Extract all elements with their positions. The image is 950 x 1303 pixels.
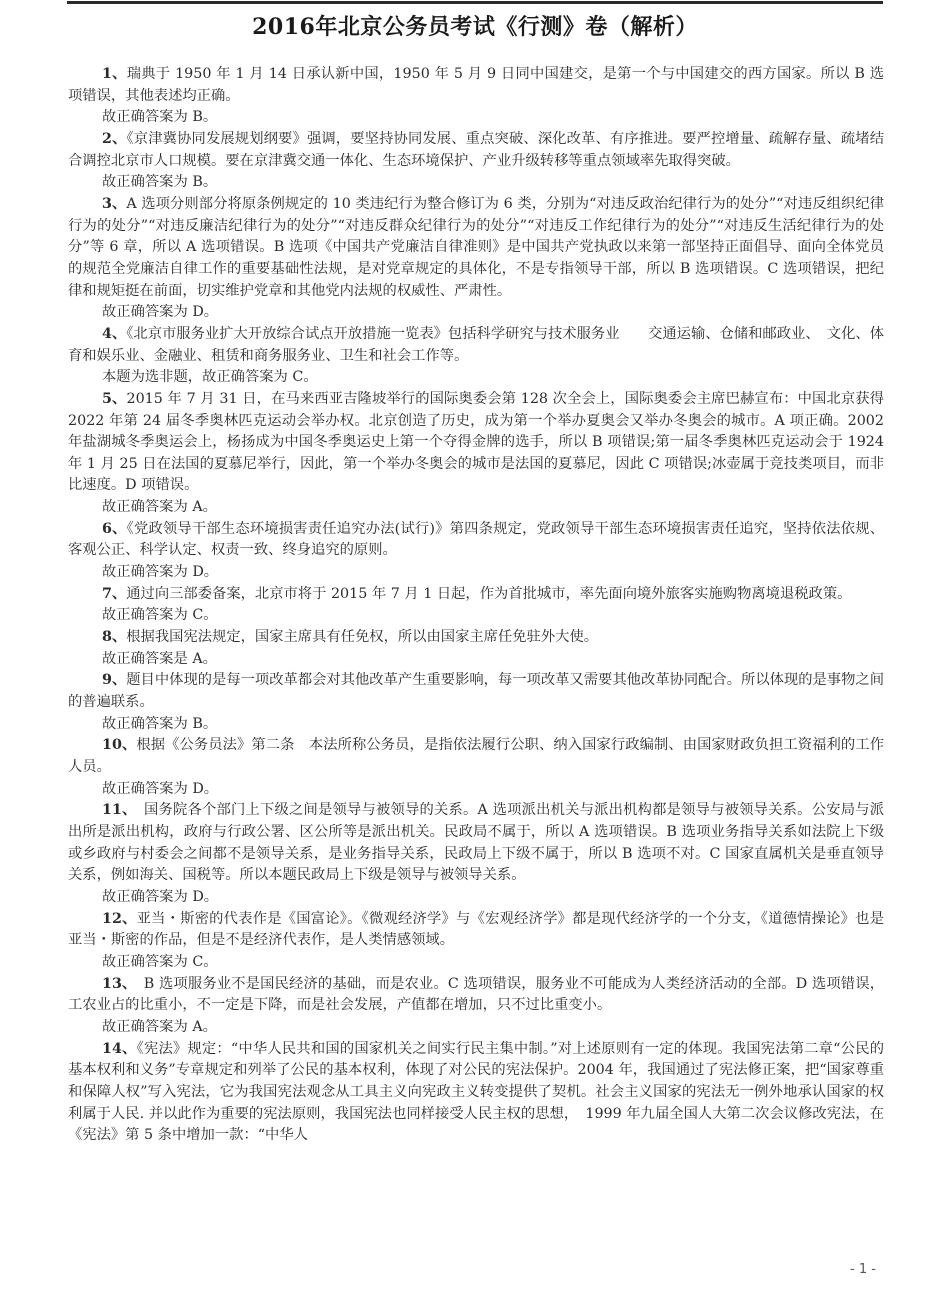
answer-line-5: 故正确答案为 A。 — [68, 497, 884, 519]
answer-line-10: 故正确答案为 D。 — [68, 779, 884, 801]
document-body: 1、瑞典于 1950 年 1 月 14 日承认新中国，1950 年 5 月 9 … — [68, 64, 884, 1147]
answer-line-6: 故正确答案为 D。 — [68, 562, 884, 584]
question-explanation-5: 5、2015 年 7 月 31 日，在马来西亚吉隆坡举行的国际奥委会第 128 … — [68, 389, 884, 497]
question-explanation-14: 14、《宪法》规定：“中华人民共和国的国家机关之间实行民主集中制。”对上述原则有… — [68, 1039, 884, 1147]
question-explanation-2: 2、《京津冀协同发展规划纲要》强调，要坚持协同发展、重点突破、深化改革、有序推进… — [68, 129, 884, 172]
answer-line-7: 故正确答案为 C。 — [68, 605, 884, 627]
answer-line-1: 故正确答案为 B。 — [68, 107, 884, 129]
document-title: 2016年北京公务员考试《行测》卷（解析） — [67, 10, 883, 41]
question-explanation-6: 6、《党政领导干部生态环境损害责任追究办法(试行)》第四条规定，党政领导干部生态… — [68, 519, 884, 562]
header-rule — [67, 1, 883, 4]
question-explanation-13: 13、 B 选项服务业不是国民经济的基础，而是农业。C 选项错误，服务业不可能成… — [68, 974, 884, 1017]
question-explanation-10: 10、根据《公务员法》第二条 本法所称公务员，是指依法履行公职、纳入国家行政编制… — [68, 735, 884, 778]
answer-line-12: 故正确答案为 C。 — [68, 952, 884, 974]
answer-line-3: 故正确答案为 D。 — [68, 302, 884, 324]
question-explanation-7: 7、通过向三部委备案，北京市将于 2015 年 7 月 1 日起，作为首批城市，… — [68, 584, 884, 606]
answer-line-9: 故正确答案为 B。 — [68, 714, 884, 736]
document-page: 2016年北京公务员考试《行测》卷（解析） 1、瑞典于 1950 年 1 月 1… — [0, 0, 950, 1303]
question-explanation-1: 1、瑞典于 1950 年 1 月 14 日承认新中国，1950 年 5 月 9 … — [68, 64, 884, 107]
page-number: - 1 - — [850, 1262, 876, 1277]
question-explanation-3: 3、A 选项分则部分将原条例规定的 10 类违纪行为整合修订为 6 类，分别为“… — [68, 194, 884, 302]
answer-line-2: 故正确答案为 B。 — [68, 172, 884, 194]
question-explanation-12: 12、亚当・斯密的代表作是《国富论》。《微观经济学》与《宏观经济学》都是现代经济… — [68, 909, 884, 952]
question-explanation-4: 4、《北京市服务业扩大开放综合试点开放措施一览表》包括科学研究与技术服务业 交通… — [68, 324, 884, 367]
answer-line-13: 故正确答案为 A。 — [68, 1017, 884, 1039]
answer-line-4: 本题为选非题，故正确答案为 C。 — [68, 367, 884, 389]
question-explanation-8: 8、根据我国宪法规定，国家主席具有任免权，所以由国家主席任免驻外大使。 — [68, 627, 884, 649]
question-explanation-9: 9、题目中体现的是每一项改革都会对其他改革产生重要影响，每一项改革又需要其他改革… — [68, 670, 884, 713]
question-explanation-11: 11、 国务院各个部门上下级之间是领导与被领导的关系。A 选项派出机关与派出机构… — [68, 800, 884, 887]
answer-line-11: 故正确答案为 D。 — [68, 887, 884, 909]
answer-line-8: 故正确答案是 A。 — [68, 649, 884, 671]
